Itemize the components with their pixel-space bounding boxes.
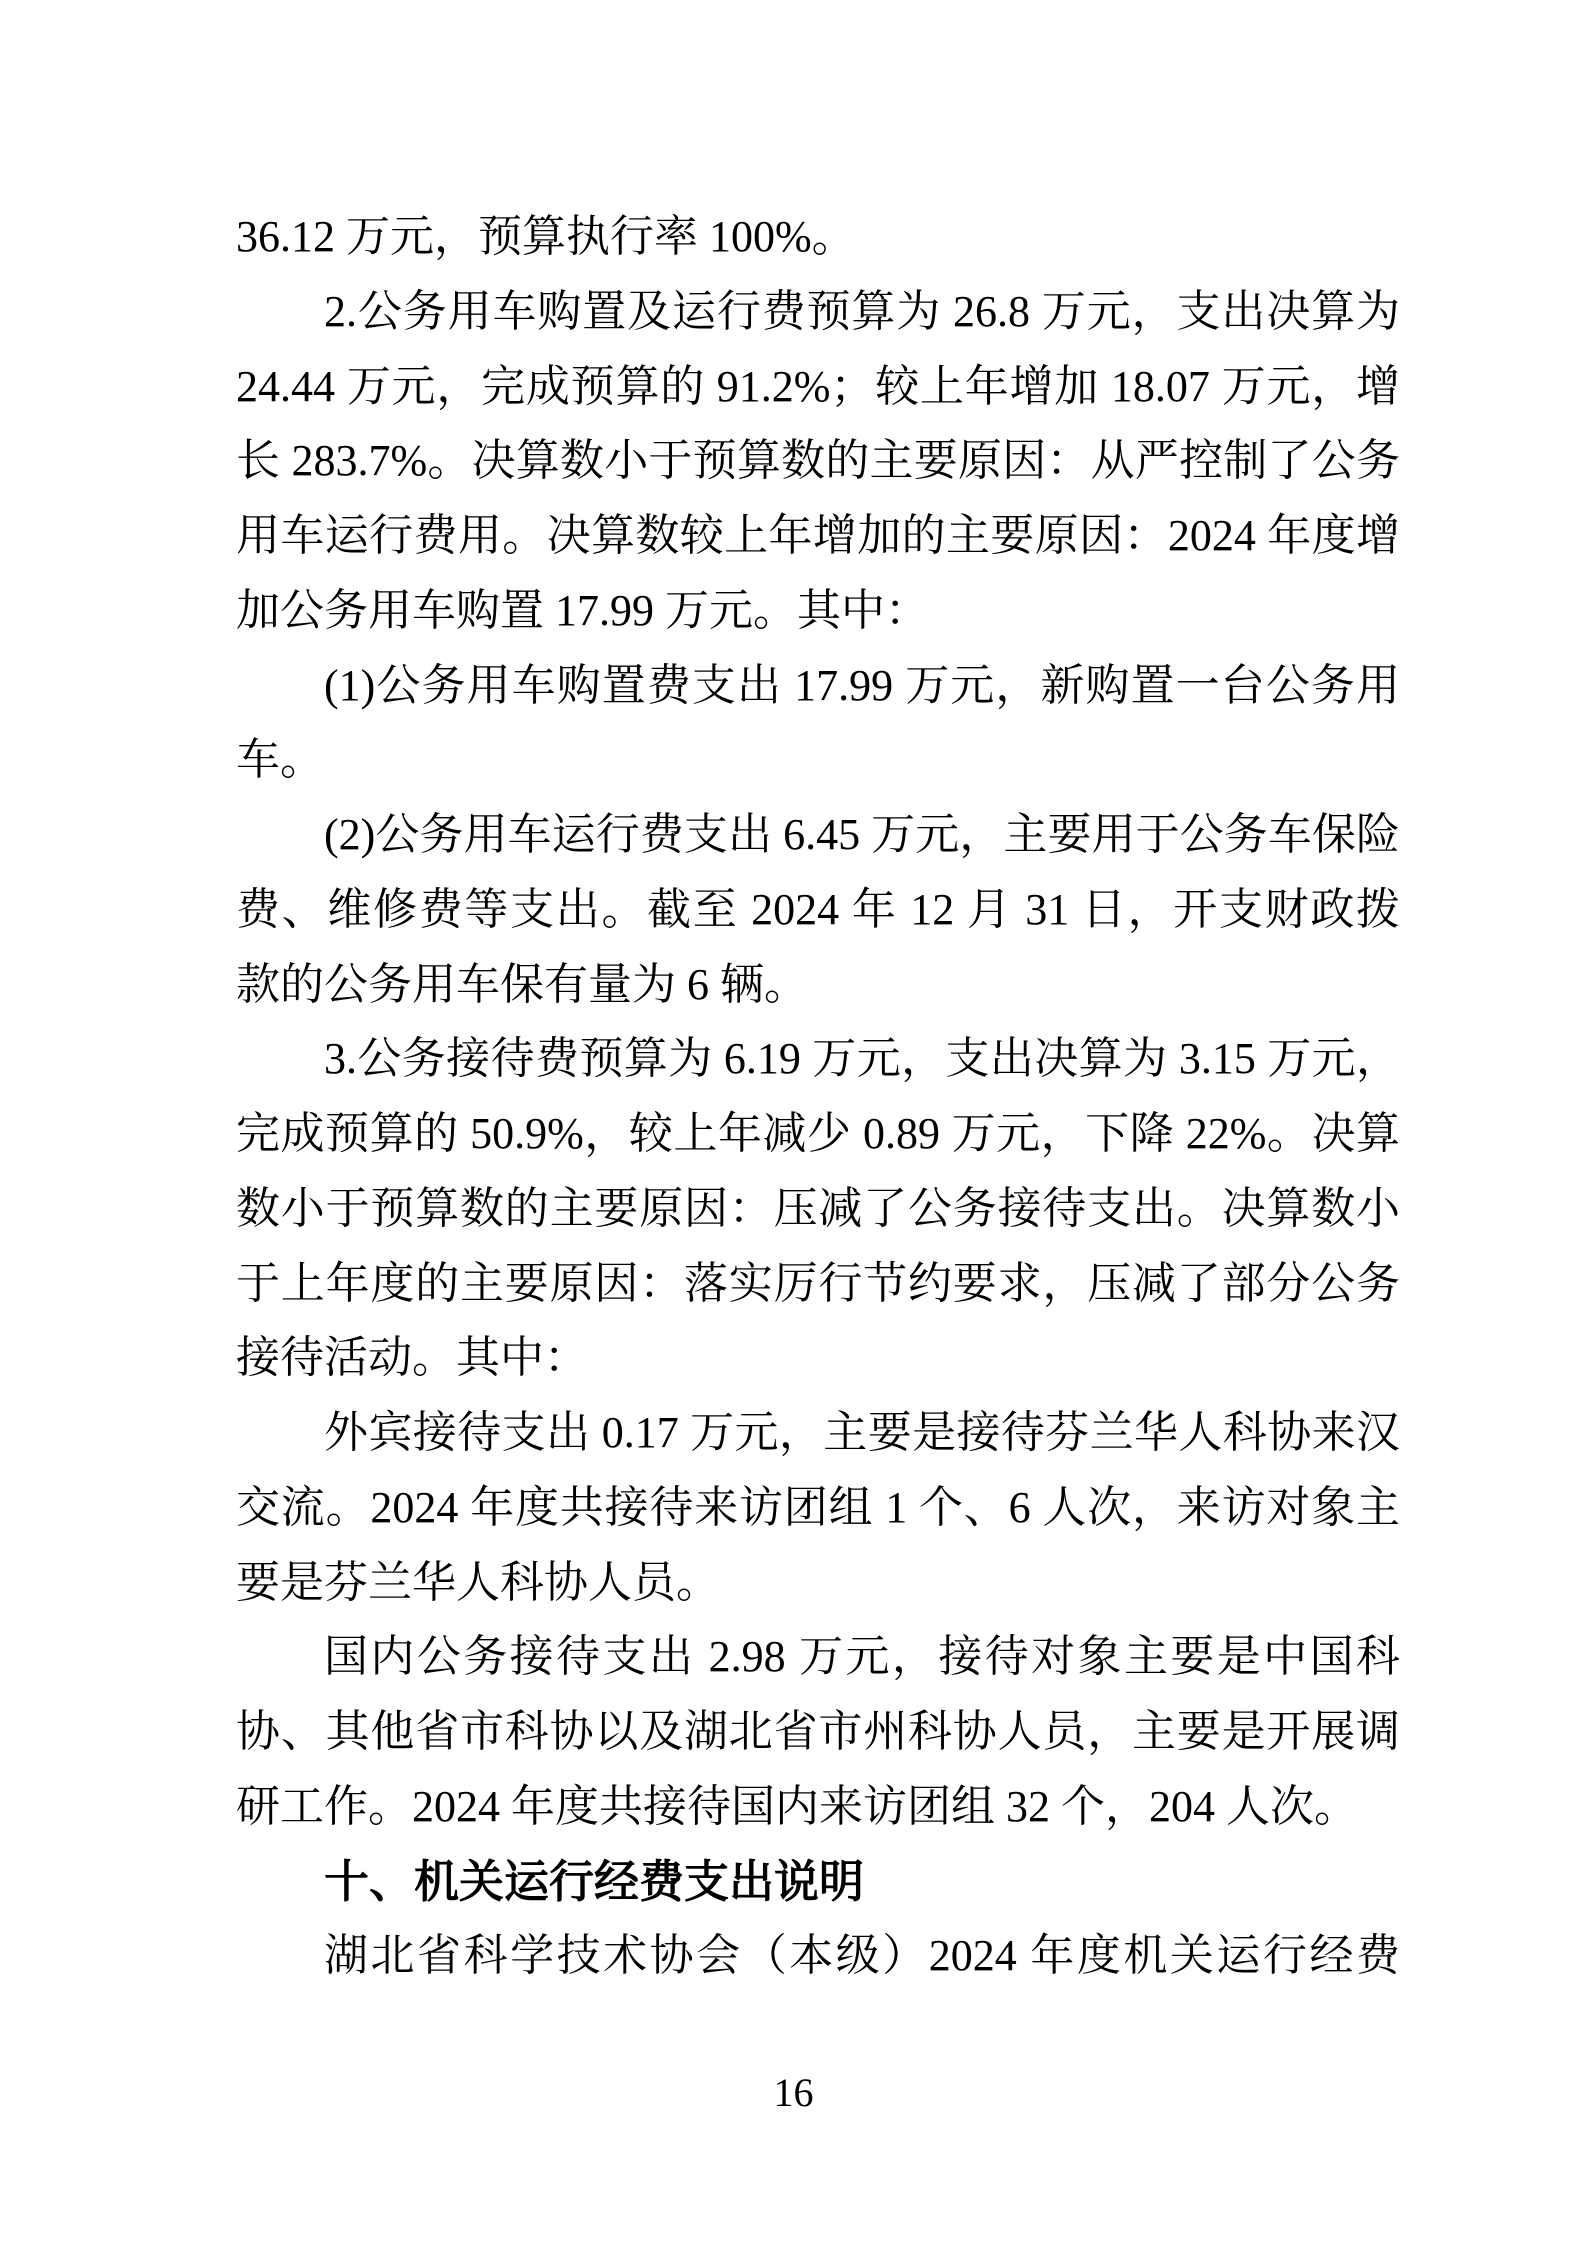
text-line: 36.12 万元，预算执行率 100%。 — [236, 200, 1400, 275]
text-line: (2)公务用车运行费支出 6.45 万元，主要用于公务车保险 — [236, 798, 1400, 873]
text-line: 加公务用车购置 17.99 万元。其中： — [236, 574, 1400, 649]
text-line: 用车运行费用。决算数较上年增加的主要原因：2024 年度增 — [236, 499, 1400, 574]
text-line: 交流。2024 年度共接待来访团组 1 个、6 人次，来访对象主 — [236, 1471, 1400, 1546]
text-line: 湖北省科学技术协会（本级）2024 年度机关运行经费 — [236, 1919, 1400, 1994]
text-line: 国内公务接待支出 2.98 万元，接待对象主要是中国科 — [236, 1620, 1400, 1695]
text-line: (1)公务用车购置费支出 17.99 万元，新购置一台公务用 — [236, 649, 1400, 724]
text-line: 3.公务接待费预算为 6.19 万元，支出决算为 3.15 万元， — [236, 1022, 1400, 1097]
text-line: 于上年度的主要原因：落实厉行节约要求，压减了部分公务 — [236, 1247, 1400, 1322]
text-line: 车。 — [236, 723, 1400, 798]
text-line: 数小于预算数的主要原因：压减了公务接待支出。决算数小 — [236, 1172, 1400, 1247]
text-line: 外宾接待支出 0.17 万元，主要是接待芬兰华人科协来汉 — [236, 1396, 1400, 1471]
text-line: 费、维修费等支出。截至 2024 年 12 月 31 日，开支财政拨 — [236, 873, 1400, 948]
text-line: 2.公务用车购置及运行费预算为 26.8 万元，支出决算为 — [236, 275, 1400, 350]
document-body: 36.12 万元，预算执行率 100%。2.公务用车购置及运行费预算为 26.8… — [236, 200, 1400, 1994]
text-line: 24.44 万元，完成预算的 91.2%；较上年增加 18.07 万元，增 — [236, 350, 1400, 425]
text-line: 长 283.7%。决算数小于预算数的主要原因：从严控制了公务 — [236, 424, 1400, 499]
document-page: 36.12 万元，预算执行率 100%。2.公务用车购置及运行费预算为 26.8… — [0, 0, 1587, 2245]
text-line: 接待活动。其中： — [236, 1321, 1400, 1396]
text-line: 研工作。2024 年度共接待国内来访团组 32 个，204 人次。 — [236, 1770, 1400, 1845]
page-number: 16 — [0, 2063, 1587, 2123]
text-line: 协、其他省市科协以及湖北省市州科协人员，主要是开展调 — [236, 1695, 1400, 1770]
text-line: 完成预算的 50.9%，较上年减少 0.89 万元，下降 22%。决算 — [236, 1097, 1400, 1172]
text-line: 要是芬兰华人科协人员。 — [236, 1546, 1400, 1621]
section-heading: 十、机关运行经费支出说明 — [236, 1845, 1400, 1920]
text-line: 款的公务用车保有量为 6 辆。 — [236, 948, 1400, 1023]
